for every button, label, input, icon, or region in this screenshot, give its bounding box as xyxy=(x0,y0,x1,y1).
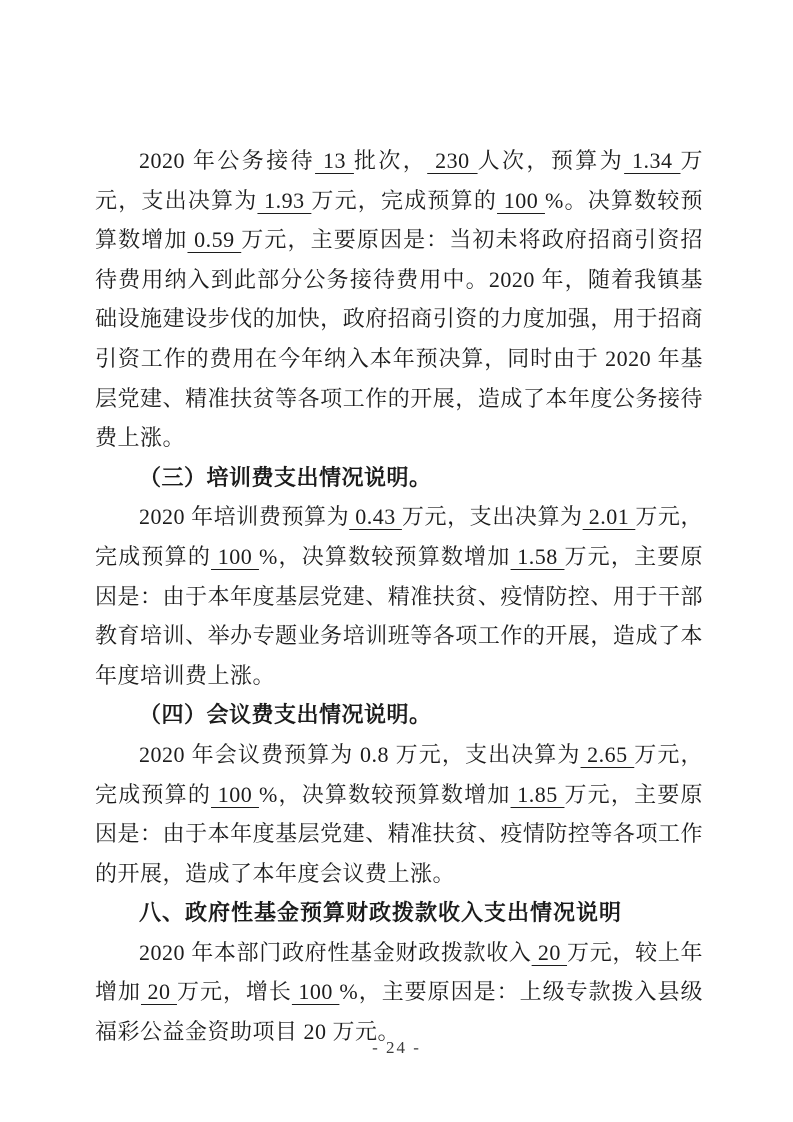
paragraph-government-fund: 2020 年本部门政府性基金财政拨款收入 20 万元，较上年增加 20 万元，增… xyxy=(95,933,703,1052)
underlined-value: 20 xyxy=(141,979,177,1004)
paragraph-official-reception: 2020 年公务接待 13 批次， 230 人次，预算为 1.34 万元，支出决… xyxy=(95,141,703,458)
text-run: 万元，完成预算的 xyxy=(311,188,497,213)
text-run: 2020 年培训费预算为 xyxy=(139,504,349,529)
heading-training-expense: （三）培训费支出情况说明。 xyxy=(95,458,703,498)
underlined-value: 2.01 xyxy=(583,504,636,529)
underlined-value: 0.43 xyxy=(349,504,402,529)
text-run: 批次， xyxy=(354,148,427,173)
text-run: 2020 年会议费预算为 0.8 万元，支出决算为 xyxy=(139,742,581,767)
text-run: %，决算数较预算数增加 xyxy=(259,782,511,807)
underlined-value: 100 xyxy=(292,979,339,1004)
text-run: 万元，支出决算为 xyxy=(402,504,583,529)
underlined-value: 1.34 xyxy=(624,148,680,173)
text-run: %，决算数较预算数增加 xyxy=(259,544,511,569)
underlined-value: 100 xyxy=(211,782,259,807)
underlined-value: 1.58 xyxy=(511,544,565,569)
text-run: 万元，主要原因是：当初未将政府招商引资招待费用纳入到此部分公务接待费用中。202… xyxy=(95,227,703,450)
paragraph-training-expense: 2020 年培训费预算为 0.43 万元，支出决算为 2.01 万元，完成预算的… xyxy=(95,497,703,695)
underlined-value: 13 xyxy=(315,148,354,173)
underlined-value: 1.85 xyxy=(511,782,565,807)
underlined-value: 20 xyxy=(532,940,567,965)
text-run: 2020 年公务接待 xyxy=(139,148,315,173)
text-run: 2020 年本部门政府性基金财政拨款收入 xyxy=(139,940,532,965)
page-number: - 24 - xyxy=(0,1038,793,1058)
underlined-value: 1.93 xyxy=(257,188,311,213)
paragraph-meeting-expense: 2020 年会议费预算为 0.8 万元，支出决算为 2.65 万元，完成预算的 … xyxy=(95,735,703,893)
underlined-value: 100 xyxy=(211,544,259,569)
underlined-value: 0.59 xyxy=(187,227,241,252)
heading-meeting-expense: （四）会议费支出情况说明。 xyxy=(95,695,703,735)
text-run: 人次，预算为 xyxy=(478,148,625,173)
underlined-value: 230 xyxy=(427,148,477,173)
underlined-value: 100 xyxy=(497,188,545,213)
underlined-value: 2.65 xyxy=(581,742,635,767)
text-run: 万元，增长 xyxy=(177,979,292,1004)
heading-government-fund: 八、政府性基金预算财政拨款收入支出情况说明 xyxy=(95,893,703,933)
document-page: 2020 年公务接待 13 批次， 230 人次，预算为 1.34 万元，支出决… xyxy=(0,0,793,1122)
